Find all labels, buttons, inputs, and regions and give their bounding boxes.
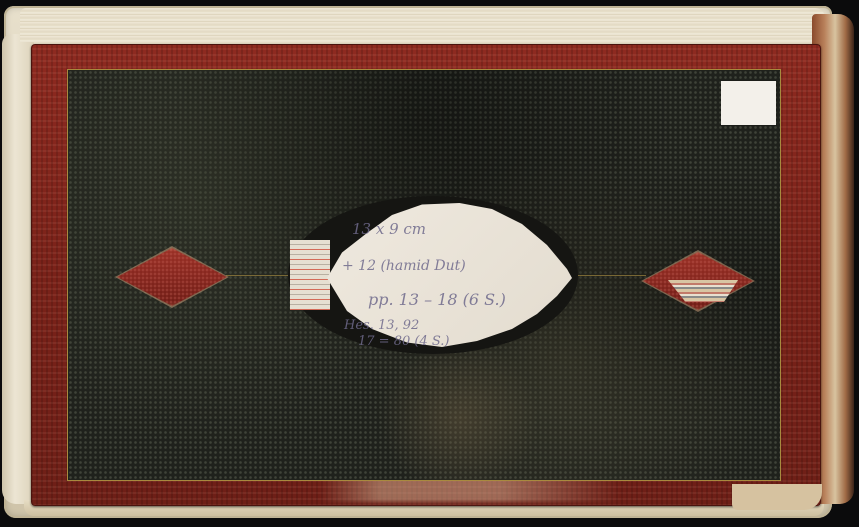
label-line-ref-2: 17 = 80 (4 S.) [358,334,450,349]
label-line-folios: + 12 (hamid Dut) [342,258,466,274]
gold-tooled-line-right [576,275,646,276]
label-line-dimensions: 13 x 9 cm [352,220,426,238]
visible-inner-pages [290,240,330,310]
worn-border-area [320,478,620,502]
label-line-pages: pp. 13 – 18 (6 S.) [368,290,506,309]
shelfmark-sticker [721,81,776,125]
book-photo: 13 x 9 cm + 12 (hamid Dut) pp. 13 – 18 (… [0,0,859,527]
damaged-corner [732,484,822,510]
page-edges-top [20,8,825,42]
label-line-ref: Hes. 13, 92 [344,318,419,333]
gold-tooled-line-left [226,275,290,276]
page-edges-left [2,34,34,504]
